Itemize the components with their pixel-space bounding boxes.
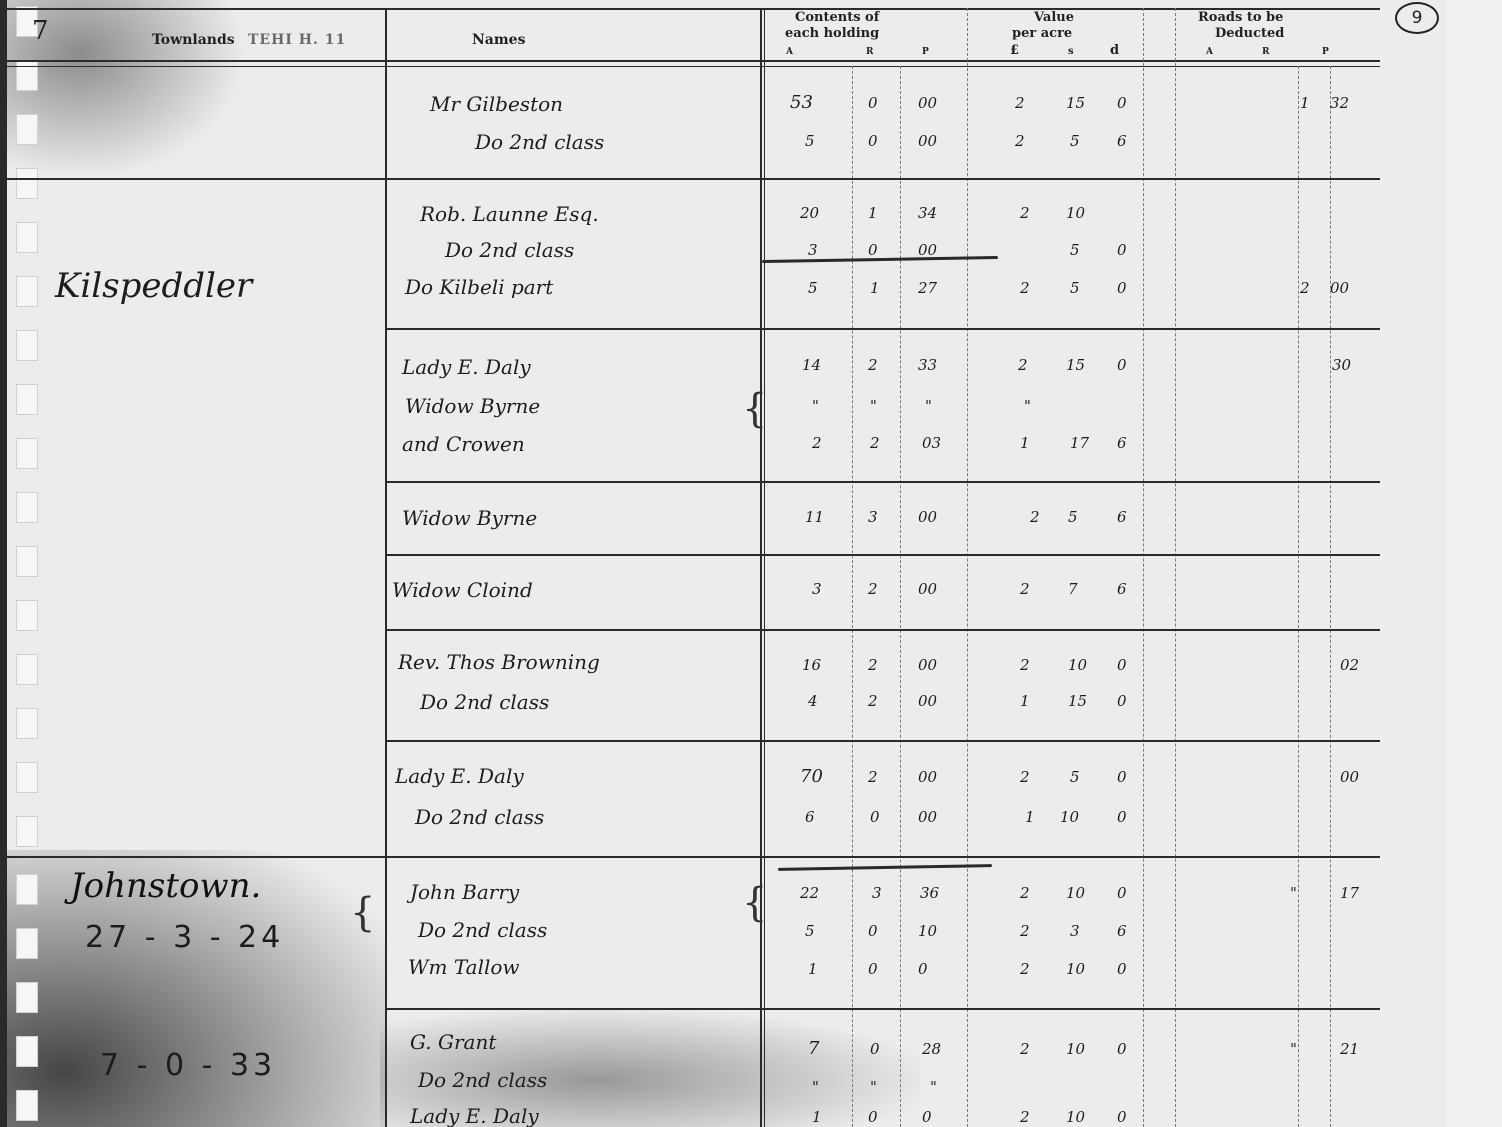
roods: 3 — [872, 884, 882, 902]
binding-hole — [16, 982, 38, 1013]
shillings: 10 — [1068, 656, 1087, 674]
shillings: 10 — [1060, 808, 1079, 826]
pounds: 2 — [1020, 204, 1030, 222]
shillings: 15 — [1068, 692, 1087, 710]
section-rule — [7, 178, 1380, 180]
acres: 14 — [802, 356, 821, 374]
entry-name: Do 2nd class — [415, 805, 544, 829]
entry-name: Do 2nd class — [445, 238, 574, 262]
header-unit-perches: P — [922, 47, 929, 57]
perches: 36 — [920, 884, 939, 902]
binding-hole — [16, 1090, 38, 1121]
column-divider-roads-r — [1298, 66, 1299, 1127]
perches: 00 — [918, 808, 937, 826]
pounds: 2 — [1018, 356, 1028, 374]
road-perches: 02 — [1340, 656, 1359, 674]
shillings: 3 — [1070, 922, 1080, 940]
shillings: 10 — [1066, 884, 1085, 902]
binding-edge — [0, 0, 7, 1127]
pence: 0 — [1117, 692, 1127, 710]
section-rule — [385, 740, 1380, 742]
pence: 0 — [1117, 884, 1127, 902]
perches: 28 — [922, 1040, 941, 1058]
brace-mark: { — [742, 880, 767, 926]
column-divider-names — [385, 8, 387, 1127]
pence: 6 — [1117, 132, 1127, 150]
townland-area-2: 7 - 0 - 33 — [100, 1048, 276, 1083]
roods: 0 — [868, 241, 878, 259]
acres: 4 — [808, 692, 818, 710]
entry-name: Do Kilbeli part — [405, 275, 553, 299]
binding-hole — [16, 1036, 38, 1067]
entry-name: Do 2nd class — [418, 1068, 547, 1092]
acres: 20 — [800, 204, 819, 222]
pence: 0 — [1117, 1108, 1127, 1126]
pence: 6 — [1117, 434, 1127, 452]
entry-name: Rob. Launne Esq. — [420, 202, 599, 226]
pence: 0 — [1117, 279, 1127, 297]
roods: 0 — [870, 1040, 880, 1058]
pence: 0 — [1117, 241, 1127, 259]
header-value-line1: Value — [1034, 10, 1074, 25]
roods: 0 — [868, 1108, 878, 1126]
perches: 33 — [918, 356, 937, 374]
section-rule — [385, 481, 1380, 483]
perches: 27 — [918, 279, 937, 297]
pence: 0 — [1117, 1040, 1127, 1058]
shillings: 5 — [1070, 132, 1080, 150]
perches: 00 — [918, 241, 937, 259]
header-unit-acres: A — [786, 47, 793, 57]
binding-hole — [16, 762, 38, 793]
column-divider-value-end — [1143, 8, 1144, 1127]
pounds: 2 — [1020, 884, 1030, 902]
pounds: 2 — [1015, 94, 1025, 112]
entry-name: Widow Byrne — [405, 394, 540, 418]
shillings: 10 — [1066, 960, 1085, 978]
townland-kilspeddler: Kilspeddler — [55, 266, 252, 306]
subtotal-stroke — [762, 256, 998, 263]
column-divider-roads-p — [1330, 66, 1331, 1127]
perches: 0 — [918, 960, 928, 978]
column-divider-roods — [852, 66, 853, 1127]
roods: " — [870, 397, 877, 415]
acres: 11 — [805, 508, 824, 526]
pence: 6 — [1117, 580, 1127, 598]
brace-mark: { — [350, 890, 375, 936]
townland-area: 27 - 3 - 24 — [85, 920, 284, 955]
perches: 03 — [922, 434, 941, 452]
entry-name: Lady E. Daly — [402, 355, 531, 379]
pence: 0 — [1117, 808, 1127, 826]
road-perches: 30 — [1332, 356, 1351, 374]
binding-hole — [16, 384, 38, 415]
perches: 00 — [918, 94, 937, 112]
entry-name: Wm Tallow — [408, 955, 520, 979]
road-roods: 1 — [1300, 94, 1310, 112]
entry-name: G. Grant — [410, 1030, 496, 1054]
roods: 2 — [870, 434, 880, 452]
section-rule — [385, 1008, 1380, 1010]
shillings: 15 — [1066, 94, 1085, 112]
section-rule — [385, 328, 1380, 330]
townland-johnstown: Johnstown. — [70, 866, 261, 906]
binding-hole — [16, 330, 38, 361]
perches: 00 — [918, 580, 937, 598]
pounds: 2 — [1015, 132, 1025, 150]
pounds: 2 — [1020, 1040, 1030, 1058]
pounds: 2 — [1030, 508, 1040, 526]
header-contents-line2: each holding — [785, 26, 879, 41]
shillings: 10 — [1066, 1040, 1085, 1058]
shillings: 5 — [1068, 508, 1078, 526]
entry-name: Widow Cloind — [392, 578, 533, 602]
roods: 2 — [868, 580, 878, 598]
perches: 10 — [918, 922, 937, 940]
perches: " — [925, 397, 932, 415]
roods: 1 — [870, 279, 880, 297]
header-townlands: Townlands — [152, 32, 235, 48]
acres: 5 — [808, 279, 818, 297]
acres: 5 — [805, 132, 815, 150]
road-roods: 2 — [1300, 279, 1310, 297]
acres: " — [812, 397, 819, 415]
header-unit-shillings: s — [1068, 46, 1074, 57]
roods: 0 — [868, 94, 878, 112]
perches: 00 — [918, 132, 937, 150]
shillings: 7 — [1068, 580, 1078, 598]
roods: 0 — [868, 960, 878, 978]
pence: 0 — [1117, 94, 1127, 112]
binding-hole — [16, 874, 38, 905]
pence: 0 — [1117, 768, 1127, 786]
shillings: 5 — [1070, 241, 1080, 259]
shillings: 5 — [1070, 279, 1080, 297]
acres: 53 — [790, 92, 813, 113]
header-unit-pounds: £ — [1010, 43, 1019, 58]
header-townlands-faded: ТЕНІ Н. 11 — [248, 32, 346, 48]
binding-hole — [16, 438, 38, 469]
pence: 0 — [1117, 656, 1127, 674]
pounds: 2 — [1020, 656, 1030, 674]
acres: 2 — [812, 434, 822, 452]
binding-hole — [16, 114, 38, 145]
acres: 22 — [800, 884, 819, 902]
binding-hole — [16, 816, 38, 847]
acres: 1 — [808, 960, 818, 978]
entry-name: John Barry — [410, 880, 519, 904]
roods: 3 — [868, 508, 878, 526]
road-roods: " — [1290, 884, 1297, 902]
roods: 1 — [868, 204, 878, 222]
brace-mark: { — [742, 386, 767, 432]
header-value-line2: per acre — [1012, 26, 1072, 41]
acres: 3 — [812, 580, 822, 598]
page-margin — [1446, 0, 1502, 1127]
road-perches: 00 — [1330, 279, 1349, 297]
perches: 0 — [922, 1108, 932, 1126]
header-unit-roods: R — [866, 47, 873, 57]
acres: " — [812, 1078, 819, 1096]
binding-hole — [16, 546, 38, 577]
pence: 6 — [1117, 922, 1127, 940]
pence: 0 — [1117, 960, 1127, 978]
road-perches: 32 — [1330, 94, 1349, 112]
pounds: 1 — [1020, 434, 1030, 452]
binding-hole — [16, 492, 38, 523]
header-roads-line2: Deducted — [1215, 26, 1284, 41]
column-divider-roads — [1175, 8, 1176, 1127]
section-rule — [385, 629, 1380, 631]
shillings: 15 — [1066, 356, 1085, 374]
pence: 6 — [1117, 508, 1127, 526]
pence: 0 — [1117, 356, 1127, 374]
road-perches: 17 — [1340, 884, 1359, 902]
column-divider-value — [967, 8, 968, 1127]
pounds: 2 — [1020, 580, 1030, 598]
ledger-page: 7 Townlands ТЕНІ Н. 11 Names Contents of… — [0, 0, 1502, 1127]
binding-hole — [16, 168, 38, 199]
page-number: 9 — [1395, 2, 1439, 34]
entry-name: Do 2nd class — [420, 690, 549, 714]
column-divider-perches — [900, 66, 901, 1127]
roods: 0 — [868, 922, 878, 940]
shillings: 10 — [1066, 1108, 1085, 1126]
header-roads-line1: Roads to be — [1198, 10, 1283, 25]
entry-name: Rev. Thos Browning — [398, 650, 600, 674]
entry-name: Do 2nd class — [418, 918, 547, 942]
entry-name: and Crowen — [402, 432, 525, 456]
acres: 16 — [802, 656, 821, 674]
header-names: Names — [472, 32, 525, 48]
pounds: 2 — [1020, 279, 1030, 297]
entry-name: Lady E. Daly — [410, 1104, 539, 1127]
pounds: " — [1024, 397, 1031, 415]
acres: 6 — [805, 808, 815, 826]
pounds: 2 — [1020, 960, 1030, 978]
section-rule — [7, 856, 1380, 858]
binding-holes — [14, 0, 40, 1127]
perches: 00 — [918, 692, 937, 710]
pounds: 2 — [1020, 768, 1030, 786]
shillings: 17 — [1070, 434, 1089, 452]
roods: 2 — [868, 356, 878, 374]
entry-name: Lady E. Daly — [395, 764, 524, 788]
binding-hole — [16, 222, 38, 253]
acres: 1 — [812, 1108, 822, 1126]
pounds: 1 — [1025, 808, 1035, 826]
perches: 00 — [918, 656, 937, 674]
acres: 3 — [808, 241, 818, 259]
binding-hole — [16, 708, 38, 739]
page-mark: 7 — [32, 16, 49, 46]
shillings: 5 — [1070, 768, 1080, 786]
subtotal-stroke — [778, 864, 992, 871]
entry-name: Do 2nd class — [475, 130, 604, 154]
header-unit-pence: d — [1110, 43, 1119, 58]
header-roads-unit-acres: A — [1206, 47, 1213, 57]
roods: 2 — [868, 768, 878, 786]
binding-hole — [16, 600, 38, 631]
perches: 00 — [918, 768, 937, 786]
binding-hole — [16, 60, 38, 91]
perches: 00 — [918, 508, 937, 526]
roods: 2 — [868, 656, 878, 674]
pounds: 2 — [1020, 922, 1030, 940]
acres: 70 — [800, 766, 823, 787]
roods: 0 — [870, 808, 880, 826]
pounds: 2 — [1020, 1108, 1030, 1126]
roods: 2 — [868, 692, 878, 710]
shillings: 10 — [1066, 204, 1085, 222]
binding-hole — [16, 654, 38, 685]
binding-hole — [16, 276, 38, 307]
road-perches: 21 — [1340, 1040, 1359, 1058]
header-contents-line1: Contents of — [795, 10, 879, 25]
perches: 34 — [918, 204, 937, 222]
pounds: 1 — [1020, 692, 1030, 710]
road-perches: 00 — [1340, 768, 1359, 786]
column-divider-contents — [760, 8, 762, 1127]
column-divider-contents — [764, 8, 765, 1127]
section-rule — [385, 554, 1380, 556]
acres: 7 — [808, 1038, 819, 1059]
roods: 0 — [868, 132, 878, 150]
entry-name: Widow Byrne — [402, 506, 537, 530]
header-roads-unit-perches: P — [1322, 47, 1329, 57]
binding-hole — [16, 928, 38, 959]
perches: " — [930, 1078, 937, 1096]
header-roads-unit-roods: R — [1262, 47, 1269, 57]
road-roods: " — [1290, 1040, 1297, 1058]
acres: 5 — [805, 922, 815, 940]
roods: " — [870, 1078, 877, 1096]
entry-name: Mr Gilbeston — [430, 92, 563, 116]
